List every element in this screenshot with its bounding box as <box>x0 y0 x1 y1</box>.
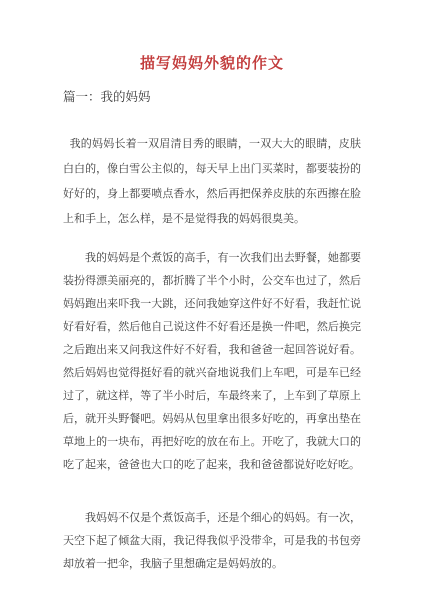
section-heading: 篇一：我的妈妈 <box>0 87 424 105</box>
document-title: 描写妈妈外貌的作文 <box>0 0 424 73</box>
paragraph-3: 我妈妈不仅是个煮饭高手，还是个细心的妈妈。有一次，天空下起了倾盆大雨，我记得我似… <box>63 507 361 576</box>
document-page: 描写妈妈外貌的作文 篇一：我的妈妈 我的妈妈长着一双眉清目秀的眼睛，一双大大的眼… <box>0 0 424 600</box>
paragraph-1: 我的妈妈长着一双眉清目秀的眼睛，一双大大的眼睛，皮肤白白的，像白雪公主似的，每天… <box>63 132 361 232</box>
essay-body: 我的妈妈长着一双眉清目秀的眼睛，一双大大的眼睛，皮肤白白的，像白雪公主似的，每天… <box>0 132 424 576</box>
paragraph-2: 我的妈妈是个煮饭的高手，有一次我们出去野餐，她都要装扮得漂美丽亮的，都折腾了半个… <box>63 247 361 477</box>
